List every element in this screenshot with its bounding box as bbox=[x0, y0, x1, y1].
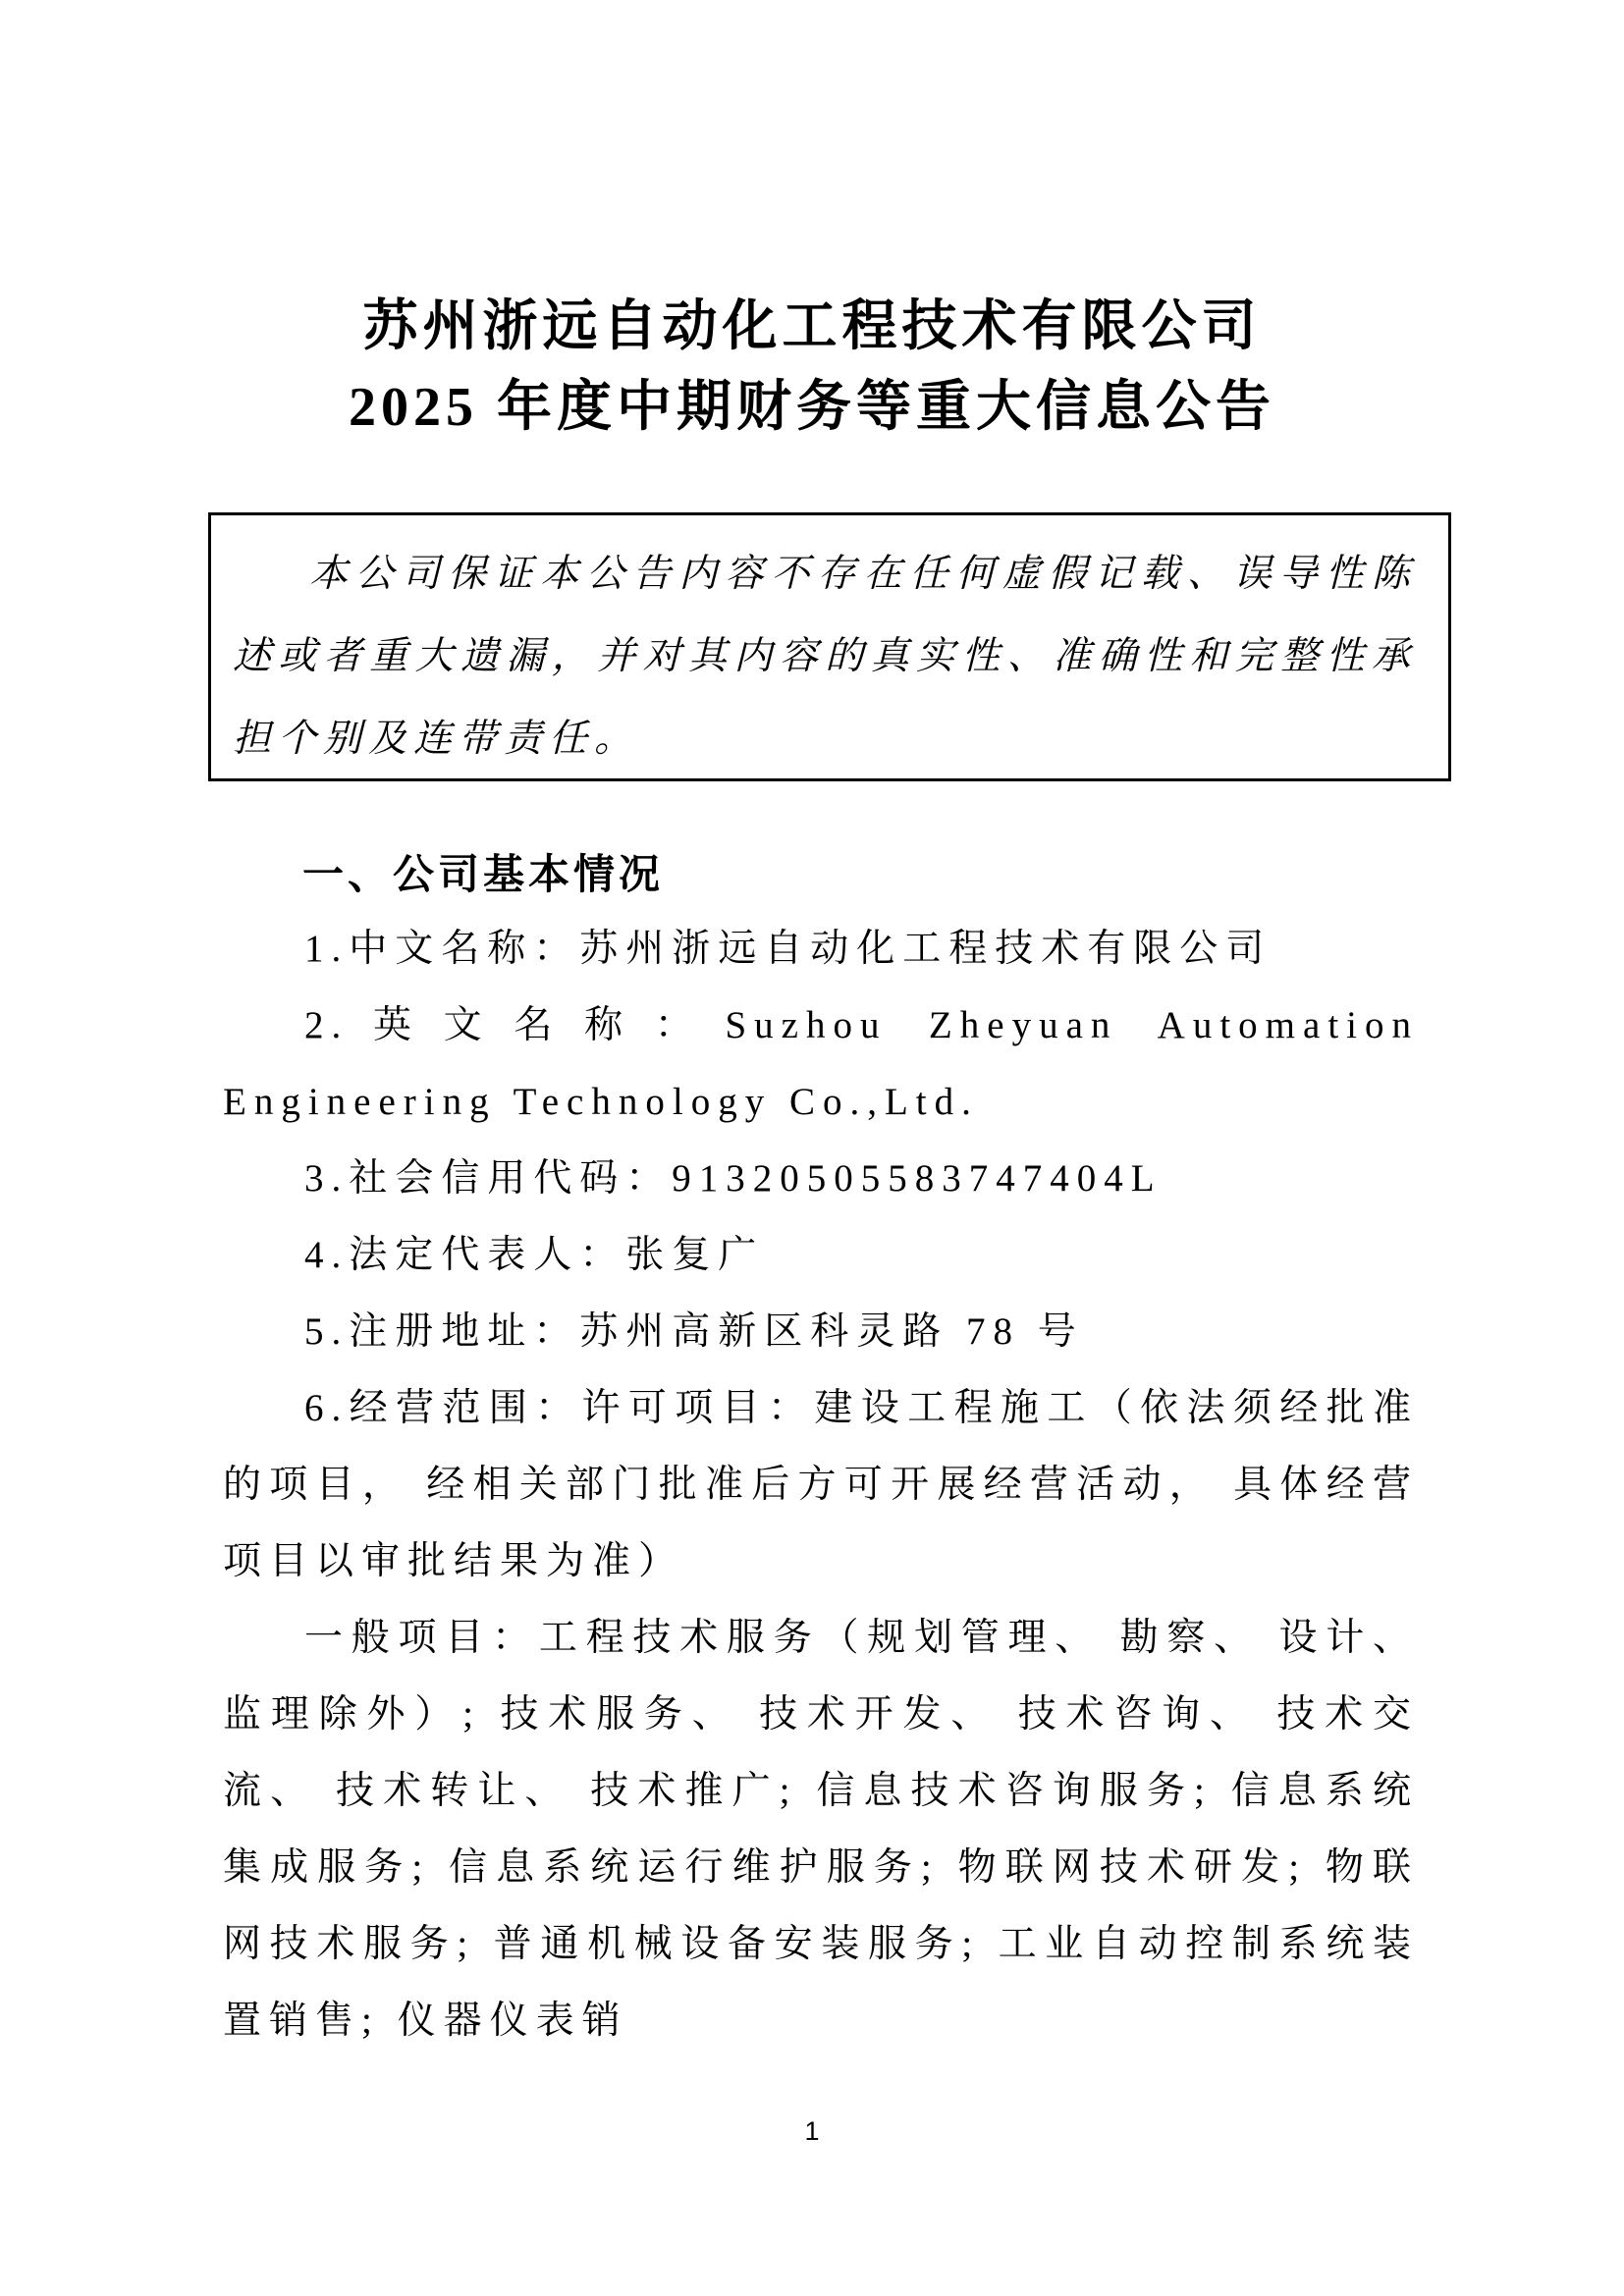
section-body: 1.中文名称：苏州浙远自动化工程技术有限公司 2.英文名称：Suzhou Zhe… bbox=[223, 911, 1419, 2059]
body-paragraph-legal-representative: 4.法定代表人：张复广 bbox=[223, 1217, 1419, 1294]
body-paragraph-chinese-name: 1.中文名称：苏州浙远自动化工程技术有限公司 bbox=[223, 911, 1419, 988]
body-paragraph-business-scope-licensed: 6.经营范围：许可项目：建设工程施工（依法须经批准的项目， 经相关部门批准后方可… bbox=[223, 1370, 1419, 1600]
body-paragraph-registered-address: 5.注册地址：苏州高新区科灵路 78 号 bbox=[223, 1294, 1419, 1370]
page-number: 1 bbox=[0, 2116, 1624, 2147]
disclaimer-box: 本公司保证本公告内容不存在任何虚假记载、误导性陈述或者重大遗漏，并对其内容的真实… bbox=[208, 512, 1451, 781]
document-title-line-2: 2025 年度中期财务等重大信息公告 bbox=[0, 367, 1624, 448]
body-paragraph-credit-code: 3.社会信用代码：91320505583747404L bbox=[223, 1141, 1419, 1217]
document-title: 苏州浙远自动化工程技术有限公司 2025 年度中期财务等重大信息公告 bbox=[0, 287, 1624, 448]
section-heading-company-basic-info: 一、公司基本情况 bbox=[302, 842, 664, 901]
disclaimer-text: 本公司保证本公告内容不存在任何虚假记载、误导性陈述或者重大遗漏，并对其内容的真实… bbox=[233, 533, 1417, 780]
document-title-line-1: 苏州浙远自动化工程技术有限公司 bbox=[0, 287, 1624, 367]
document-page: 苏州浙远自动化工程技术有限公司 2025 年度中期财务等重大信息公告 本公司保证… bbox=[0, 0, 1624, 2296]
body-paragraph-business-scope-general: 一般项目：工程技术服务（规划管理、 勘察、 设计、 监理除外）; 技术服务、 技… bbox=[223, 1600, 1419, 2059]
body-paragraph-english-name: 2.英文名称：Suzhou Zheyuan Automation Enginee… bbox=[223, 988, 1419, 1141]
